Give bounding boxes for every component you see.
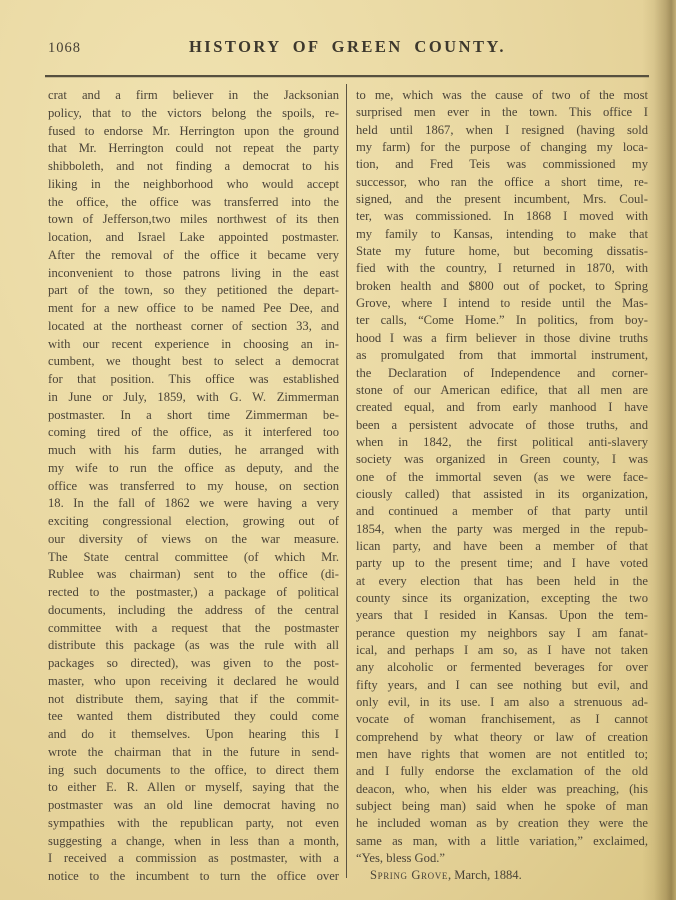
- text-line: ing such documents to the office, to dir…: [48, 762, 339, 780]
- text-line: coming tired of the office, as it interf…: [48, 424, 339, 442]
- text-line: fused to endorse Mr. Herrington upon the…: [48, 123, 339, 141]
- text-line: vocate of woman franchisement, as I cann…: [356, 711, 648, 728]
- text-line: cumbent, we thought best to select a dem…: [48, 353, 339, 371]
- text-line: packages so directed), was given to the …: [48, 655, 339, 673]
- text-line: lican party, and have been a member of t…: [356, 538, 648, 555]
- text-line: my farm) for the purpose of changing my …: [356, 139, 648, 156]
- text-line: perance question my neighbors say I am f…: [356, 625, 648, 642]
- text-line: State my future home, but becoming dissa…: [356, 243, 648, 260]
- text-line: he included woman as by creation they we…: [356, 815, 648, 832]
- text-line: any alcoholic or fermented beverages for…: [356, 659, 648, 676]
- text-line: much with his farm duties, he arranged w…: [48, 442, 339, 460]
- text-line: signed, and the present incumbent, Mrs. …: [356, 191, 648, 208]
- text-line: county since its organization, excepting…: [356, 590, 648, 607]
- text-line: policy, that to the victors belong the s…: [48, 105, 339, 123]
- text-line: inconvenient to those patrons living in …: [48, 265, 339, 283]
- text-line: party up to the present time; and I have…: [356, 555, 648, 572]
- text-line: same as man, with a little variation,” e…: [356, 833, 648, 850]
- text-line: society was organized in Green county, I…: [356, 451, 648, 468]
- text-line: created equal, and from early manhood I …: [356, 399, 648, 416]
- text-line: documents, including the address of the …: [48, 602, 339, 620]
- text-line: and I fully endorse the exclamation of t…: [356, 763, 648, 780]
- book-page: 1068 HISTORY OF GREEN COUNTY. crat and a…: [0, 0, 676, 900]
- header-rule: [45, 75, 649, 77]
- text-line: master, who upon receiving it declared h…: [48, 673, 339, 691]
- text-line: ter calls, “Come Home.” In politics, fro…: [356, 312, 648, 329]
- text-line: been a persistent advocate of those trut…: [356, 417, 648, 434]
- text-line: surprised men ever in the town. This off…: [356, 104, 648, 121]
- text-line: only evil, in its use. I am also a stren…: [356, 694, 648, 711]
- text-line: that Mr. Herrington could not repeat the…: [48, 140, 339, 158]
- text-line: fifty years, and I can see nothing but e…: [356, 677, 648, 694]
- text-line: wrote the chairman that in the future in…: [48, 744, 339, 762]
- signature-place: Spring Grove: [370, 868, 448, 882]
- text-line: town of Jefferson,two miles northwest of…: [48, 211, 339, 229]
- text-line: hood I was a firm believer in those divi…: [356, 330, 648, 347]
- text-line: to me, which was the cause of two of the…: [356, 87, 648, 104]
- text-line: at every election that has been held in …: [356, 573, 648, 590]
- text-line: suggesting a change, when in less than a…: [48, 833, 339, 851]
- text-line: Rublee was chairman) sent to the office …: [48, 566, 339, 584]
- text-line: the office, the office was transferred i…: [48, 194, 339, 212]
- text-line: I received a commission as postmaster, w…: [48, 850, 339, 868]
- text-line: rected to the postmaster,) a package of …: [48, 584, 339, 602]
- text-line: broken health and $800 out of pocket, to…: [356, 278, 648, 295]
- text-line: to either E. R. Allen or myself, saying …: [48, 779, 339, 797]
- text-line: notice to the incumbent to turn the offi…: [48, 868, 339, 886]
- text-line: Grove, where I intend to reside until th…: [356, 295, 648, 312]
- text-line: distribute this package (as was the rule…: [48, 637, 339, 655]
- text-line: After the removal of the office it becam…: [48, 247, 339, 265]
- text-line: fied with the country, I returned in 187…: [356, 260, 648, 277]
- text-line: exciting congressional election, growing…: [48, 513, 339, 531]
- text-line: tion, and Fred Teis was commissioned my: [356, 156, 648, 173]
- text-line: The State central committee (of which Mr…: [48, 549, 339, 567]
- text-line: with our recent experience in choosing a…: [48, 336, 339, 354]
- text-line: when in 1842, the first political anti-s…: [356, 434, 648, 451]
- text-line: postmaster was an old line democrat havi…: [48, 797, 339, 815]
- text-line: tee wanted them distributed they could c…: [48, 708, 339, 726]
- signature-date: , March, 1884.: [448, 868, 522, 882]
- text-line: office was transferred to my house, on s…: [48, 478, 339, 496]
- signature-line: Spring Grove, March, 1884.: [356, 867, 648, 884]
- text-line: successor, who ran the office a short ti…: [356, 174, 648, 191]
- text-line: shibboleth, and not finding a democrat t…: [48, 158, 339, 176]
- text-line: 1854, when the party was merged in the r…: [356, 521, 648, 538]
- text-line: part of the town, so they petitioned the…: [48, 282, 339, 300]
- text-line: and continued a member of that party unt…: [356, 503, 648, 520]
- text-line: one of the immortal seven (as we were fa…: [356, 469, 648, 486]
- text-line: sympathies with the republican party, no…: [48, 815, 339, 833]
- text-line: located at the northeast corner of secti…: [48, 318, 339, 336]
- text-line: men have rights that women are not entit…: [356, 746, 648, 763]
- text-line: my family to Kansas, intending to make t…: [356, 226, 648, 243]
- text-line: as promulgated from that immortal instru…: [356, 347, 648, 364]
- text-line: committee with a request that the postma…: [48, 620, 339, 638]
- text-line: in June or July, 1859, with G. W. Zimmer…: [48, 389, 339, 407]
- running-header-title: HISTORY OF GREEN COUNTY.: [45, 37, 650, 57]
- text-line: our diversity of views on the war measur…: [48, 531, 339, 549]
- text-line: not distribute them, saying that if the …: [48, 691, 339, 709]
- text-line: ciously called) that assisted in its org…: [356, 486, 648, 503]
- text-line: “Yes, bless God.”: [356, 850, 648, 867]
- text-line: postmaster. In a short time Zimmerman be…: [48, 407, 339, 425]
- text-line: stone of our American edifice, that all …: [356, 382, 648, 399]
- column-divider-rule: [346, 84, 347, 878]
- text-line: subject being man) said when he spoke of…: [356, 798, 648, 815]
- text-line: ment for a new office to be named Pee De…: [48, 300, 339, 318]
- text-line: and do it themselves. Upon hearing this …: [48, 726, 339, 744]
- text-line: the Declaration of Independence and corn…: [356, 365, 648, 382]
- text-line: liking in the neighborhood who would acc…: [48, 176, 339, 194]
- text-line: location, and Israel Lake appointed post…: [48, 229, 339, 247]
- text-line: 18. In the fall of 1862 we were having a…: [48, 495, 339, 513]
- text-line: ter, was commissioned. In 1868 I moved w…: [356, 208, 648, 225]
- text-line: crat and a firm believer in the Jacksoni…: [48, 87, 339, 105]
- text-line: my wife to run the office as deputy, and…: [48, 460, 339, 478]
- text-line: comprehend by what theory or law of crea…: [356, 729, 648, 746]
- left-column-text: crat and a firm believer in the Jacksoni…: [48, 87, 339, 886]
- text-line: for that position. This office was estab…: [48, 371, 339, 389]
- text-line: deacon, who, when his elder was preachin…: [356, 781, 648, 798]
- right-column-text: to me, which was the cause of two of the…: [356, 87, 648, 885]
- text-line: held until 1867, when I resigned (having…: [356, 122, 648, 139]
- text-line: years that I resided in Kansas. Upon the…: [356, 607, 648, 624]
- text-line: ical, and perhaps I am so, as I have not…: [356, 642, 648, 659]
